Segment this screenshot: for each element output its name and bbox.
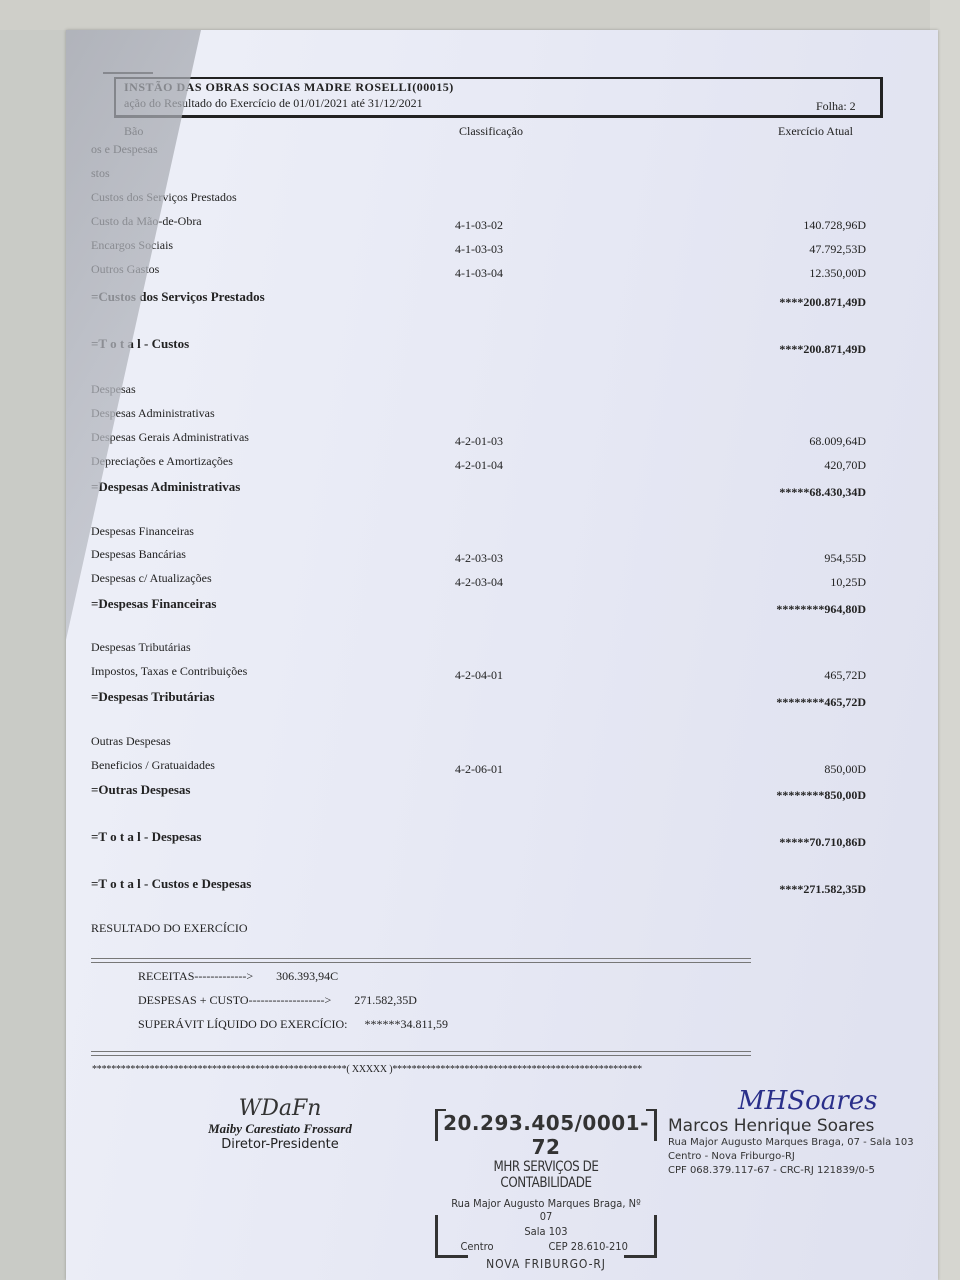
divider-bottom <box>91 1051 751 1056</box>
row-value: *****70.710,86D <box>779 835 866 850</box>
row-value: ********964,80D <box>776 602 866 617</box>
statement-row: Despesas <box>0 382 960 402</box>
row-value: 465,72D <box>824 668 866 683</box>
stamp-district-line: Centro CEP 28.610-210 <box>444 1240 647 1253</box>
row-value: 140.728,96D <box>803 218 866 233</box>
revenue-row: RECEITAS-------------> 306.393,94C <box>138 969 338 984</box>
row-value: 850,00D <box>824 762 866 777</box>
stamp-corner-tl <box>435 1109 446 1141</box>
row-value: 420,70D <box>824 458 866 473</box>
row-label: Despesas Bancárias <box>91 547 186 562</box>
row-label: Beneficios / Gratuaidades <box>91 758 215 773</box>
accountant-name: Marcos Henrique Soares <box>668 1116 918 1136</box>
accountant-city: Centro - Nova Friburgo-RJ <box>668 1150 918 1164</box>
row-value: ****271.582,35D <box>779 882 866 897</box>
accountant-signature-block: MHSoares Marcos Henrique Soares Rua Majo… <box>668 1086 918 1178</box>
director-signature: WDaFn <box>200 1096 360 1121</box>
row-label: Despesas Gerais Administrativas <box>91 430 249 445</box>
stamp-cnpj: 20.293.405/0001-72 <box>433 1111 659 1159</box>
expenses-label: DESPESAS + CUSTO-------------------> <box>138 993 331 1007</box>
row-label: Depreciações e Amortizações <box>91 454 233 469</box>
row-classification: 4-2-04-01 <box>455 668 503 683</box>
director-role: Diretor-Presidente <box>200 1137 360 1152</box>
expenses-value: 271.582,35D <box>354 993 417 1007</box>
accountant-ids: CPF 068.379.117-67 - CRC-RJ 121839/0-5 <box>668 1164 918 1178</box>
row-value: ****200.871,49D <box>779 342 866 357</box>
subtotal-row: =Outras Despesas********850,00D <box>0 782 960 802</box>
row-classification: 4-1-03-03 <box>455 242 503 257</box>
statement-row: Despesas Gerais Administrativas4-2-01-03… <box>0 430 960 450</box>
stamp-address: Rua Major Augusto Marques Braga, Nº 07 <box>444 1197 647 1223</box>
revenue-label: RECEITAS-------------> <box>138 969 253 983</box>
row-classification: 4-1-03-02 <box>455 218 503 233</box>
row-label: =T o t a l - Custos e Despesas <box>91 876 251 892</box>
director-name: Maiby Carestiato Frossard <box>200 1121 360 1137</box>
row-value: ****200.871,49D <box>779 295 866 310</box>
subtotal-row: =T o t a l - Despesas*****70.710,86D <box>0 829 960 849</box>
row-classification: 4-2-03-03 <box>455 551 503 566</box>
row-label: Impostos, Taxas e Contribuições <box>91 664 247 679</box>
result-title: RESULTADO DO EXERCÍCIO <box>91 921 248 936</box>
row-label: Despesas Tributárias <box>91 640 191 655</box>
subtotal-row: =Despesas Tributárias********465,72D <box>0 689 960 709</box>
separator-line: ****************************************… <box>92 1064 862 1075</box>
statement-row: Outras Despesas <box>0 734 960 754</box>
statement-row: Despesas Tributárias <box>0 640 960 660</box>
row-label: =Despesas Tributárias <box>91 689 215 705</box>
subtotal-row: =Despesas Financeiras********964,80D <box>0 596 960 616</box>
row-classification: 4-2-01-04 <box>455 458 503 473</box>
row-value: 954,55D <box>824 551 866 566</box>
row-label: =T o t a l - Despesas <box>91 829 201 845</box>
row-classification: 4-2-03-04 <box>455 575 503 590</box>
row-label: Despesas c/ Atualizações <box>91 571 212 586</box>
row-label: =Despesas Administrativas <box>91 479 240 495</box>
row-label: =Outras Despesas <box>91 782 191 798</box>
statement-row: Despesas c/ Atualizações4-2-03-0410,25D <box>0 571 960 591</box>
revenue-value: 306.393,94C <box>276 969 338 983</box>
row-value: ********465,72D <box>776 695 866 710</box>
row-value: *****68.430,34D <box>779 485 866 500</box>
accounting-stamp: 20.293.405/0001-72 MHR SERVIÇOS DE CONTA… <box>433 1105 659 1260</box>
director-signature-block: WDaFn Maiby Carestiato Frossard Diretor-… <box>200 1096 360 1152</box>
row-value: ********850,00D <box>776 788 866 803</box>
surplus-label: SUPERÁVIT LÍQUIDO DO EXERCÍCIO: <box>138 1017 347 1031</box>
row-label: Despesas Financeiras <box>91 524 194 539</box>
statement-row: Despesas Financeiras <box>0 524 960 544</box>
row-classification: 4-2-01-03 <box>455 434 503 449</box>
subtotal-row: =T o t a l - Custos e Despesas****271.58… <box>0 876 960 896</box>
subtotal-row: =T o t a l - Custos****200.871,49D <box>0 336 960 356</box>
row-value: 68.009,64D <box>809 434 866 449</box>
statement-row: Beneficios / Gratuaidades4-2-06-01850,00… <box>0 758 960 778</box>
sheet-number: Folha: 2 <box>816 99 856 114</box>
surplus-row: SUPERÁVIT LÍQUIDO DO EXERCÍCIO: ******34… <box>138 1017 448 1032</box>
row-value: 12.350,00D <box>809 266 866 281</box>
divider-top <box>91 958 751 963</box>
stamp-city: NOVA FRIBURGO-RJ <box>444 1257 647 1271</box>
expenses-row: DESPESAS + CUSTO-------------------> 271… <box>138 993 417 1008</box>
stamp-room: Sala 103 <box>444 1225 647 1238</box>
background-top <box>0 0 960 30</box>
subtotal-row: =Despesas Administrativas*****68.430,34D <box>0 479 960 499</box>
column-classification: Classificação <box>459 124 523 139</box>
stamp-firm: MHR SERVIÇOS DE CONTABILIDADE <box>450 1159 642 1191</box>
row-value: 10,25D <box>830 575 866 590</box>
statement-row: Impostos, Taxas e Contribuições4-2-04-01… <box>0 664 960 684</box>
row-classification: 4-2-06-01 <box>455 762 503 777</box>
statement-row: Depreciações e Amortizações4-2-01-04420,… <box>0 454 960 474</box>
stamp-cep: CEP 28.610-210 <box>549 1240 628 1253</box>
row-label: Outras Despesas <box>91 734 171 749</box>
statement-row: Despesas Bancárias4-2-03-03954,55D <box>0 547 960 567</box>
row-label: =Despesas Financeiras <box>91 596 217 612</box>
surplus-value: ******34.811,59 <box>364 1017 448 1031</box>
row-classification: 4-1-03-04 <box>455 266 503 281</box>
subtotal-row: =Custos dos Serviços Prestados****200.87… <box>0 289 960 309</box>
row-value: 47.792,53D <box>809 242 866 257</box>
statement-row: Despesas Administrativas <box>0 406 960 426</box>
stamp-district: Centro <box>461 1240 494 1253</box>
stamp-corner-tr <box>646 1109 657 1141</box>
column-current-year: Exercício Atual <box>778 124 853 139</box>
accountant-signature: MHSoares <box>738 1086 918 1116</box>
accountant-address: Rua Major Augusto Marques Braga, 07 - Sa… <box>668 1136 918 1150</box>
